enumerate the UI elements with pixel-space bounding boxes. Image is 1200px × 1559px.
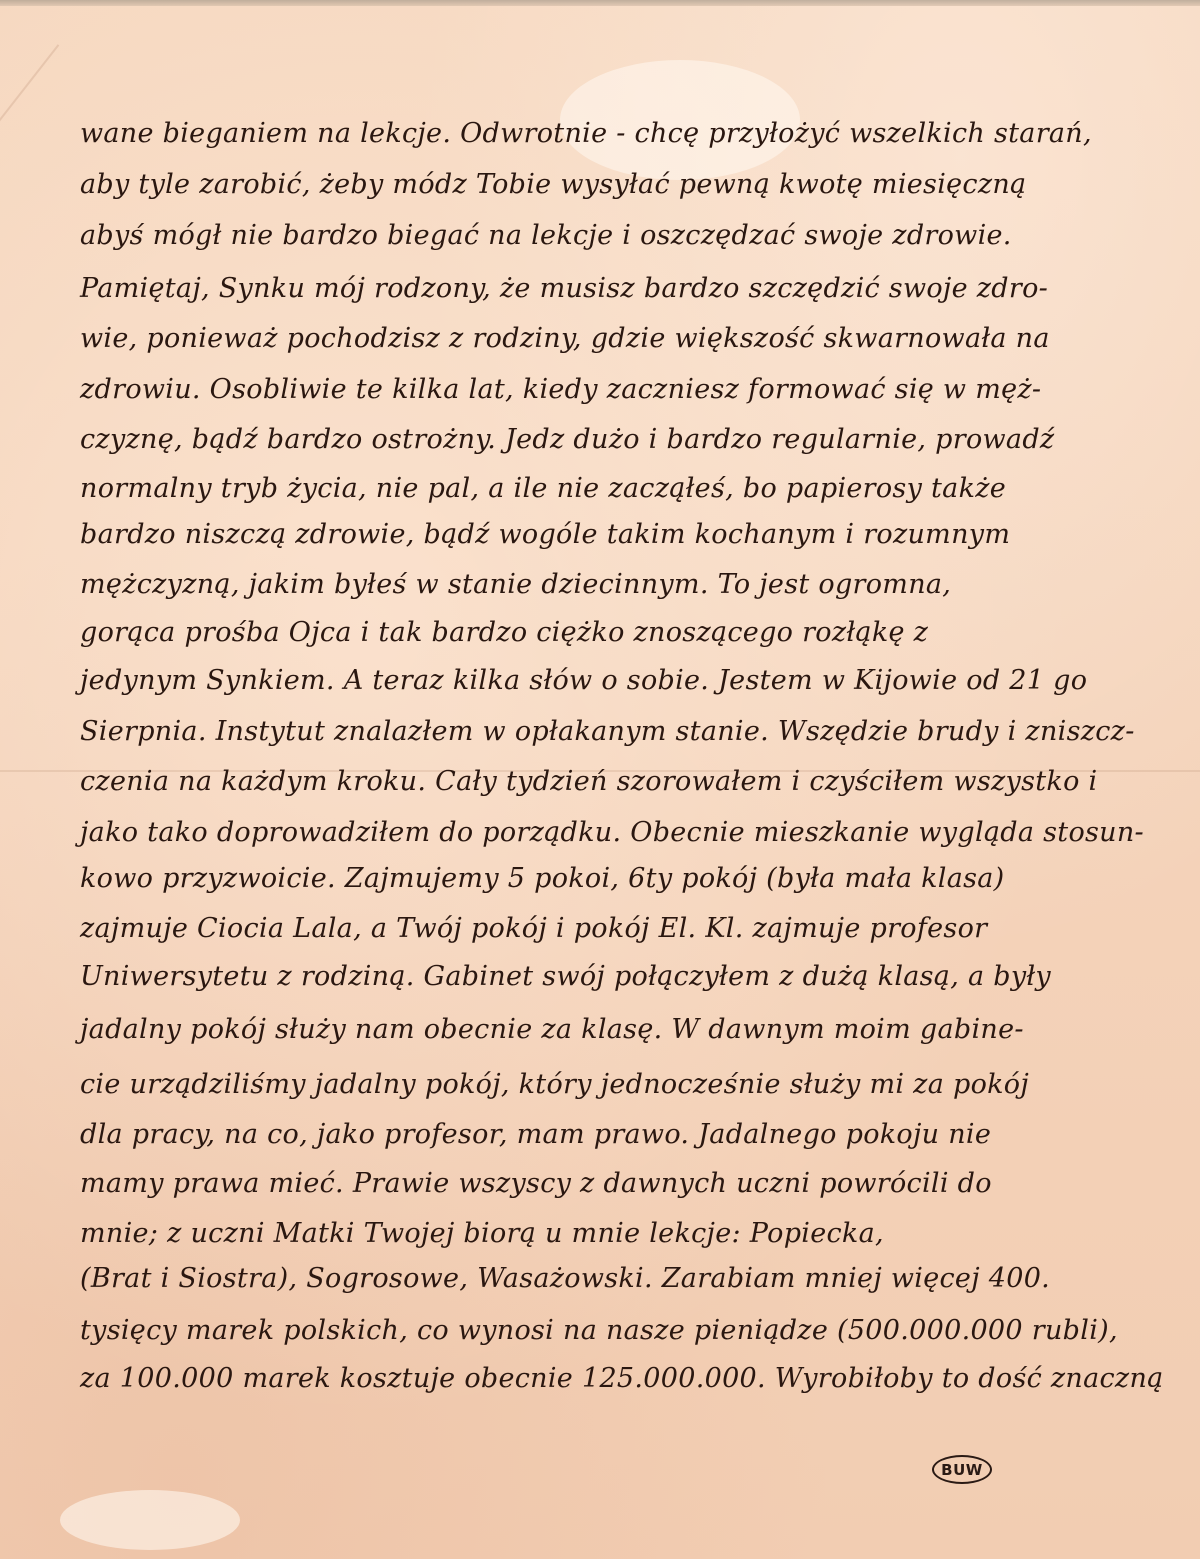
letter-line: abyś mógł nie bardzo biegać na lekcje i …: [80, 219, 1190, 253]
letter-line: zdrowiu. Osobliwie te kilka lat, kiedy z…: [80, 373, 1190, 407]
letter-line: dla pracy, na co, jako profesor, mam pra…: [80, 1118, 1190, 1152]
letter-line: (Brat i Siostra), Sogrosowe, Wasażowski.…: [80, 1262, 1190, 1296]
letter-line: wane bieganiem na lekcje. Odwrotnie - ch…: [80, 117, 1190, 151]
letter-line: cie urządziliśmy jadalny pokój, który je…: [80, 1068, 1190, 1102]
letter-line: mężczyzną, jakim byłeś w stanie dziecinn…: [80, 568, 1190, 602]
letter-line: za 100.000 marek kosztuje obecnie 125.00…: [80, 1362, 1190, 1396]
letter-line: wie, ponieważ pochodzisz z rodziny, gdzi…: [80, 322, 1190, 356]
letter-line: Sierpnia. Instytut znalazłem w opłakanym…: [80, 715, 1190, 749]
letter-line: bardzo niszczą zdrowie, bądź wogóle taki…: [80, 518, 1190, 552]
letter-line: zajmuje Ciocia Lala, a Twój pokój i pokó…: [80, 912, 1190, 946]
letter-line: normalny tryb życia, nie pal, a ile nie …: [80, 472, 1190, 506]
letter-line: mamy prawa mieć. Prawie wszyscy z dawnyc…: [80, 1167, 1190, 1201]
letter-line: jako tako doprowadziłem do porządku. Obe…: [80, 816, 1190, 850]
letter-line: czyznę, bądź bardzo ostrożny. Jedz dużo …: [80, 423, 1190, 457]
letter-line: mnie; z uczni Matki Twojej biorą u mnie …: [80, 1217, 1190, 1251]
paper-stain: [60, 1490, 240, 1550]
letter-line: Uniwersytetu z rodziną. Gabinet swój poł…: [80, 960, 1190, 994]
paper-top-edge: [0, 0, 1200, 6]
letter-line: czenia na każdym kroku. Cały tydzień szo…: [80, 765, 1190, 799]
library-stamp: BUW: [932, 1455, 992, 1484]
letter-line: kowo przyzwoicie. Zajmujemy 5 pokoi, 6ty…: [80, 862, 1190, 896]
paper-corner-crease: [0, 44, 59, 171]
letter-page: wane bieganiem na lekcje. Odwrotnie - ch…: [0, 0, 1200, 1559]
letter-line: jadalny pokój służy nam obecnie za klasę…: [80, 1013, 1190, 1047]
letter-line: jedynym Synkiem. A teraz kilka słów o so…: [80, 664, 1190, 698]
letter-line: gorąca prośba Ojca i tak bardzo ciężko z…: [80, 616, 1190, 650]
letter-line: tysięcy marek polskich, co wynosi na nas…: [80, 1314, 1190, 1348]
letter-line: Pamiętaj, Synku mój rodzony, że musisz b…: [80, 272, 1190, 306]
letter-line: aby tyle zarobić, żeby módz Tobie wysyła…: [80, 168, 1190, 202]
